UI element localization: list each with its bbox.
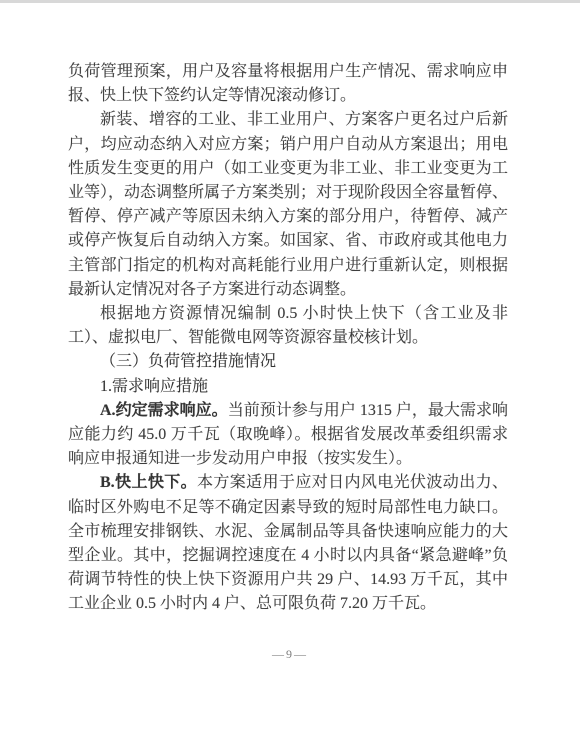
document-page: 负荷管理预案，用户及容量将根据用户生产情况、需求响应申报、快上快下签约认定等情况… bbox=[0, 0, 580, 729]
paragraph-lead-fast-up-fast-down: B.快上快下。 bbox=[100, 474, 197, 491]
paragraph-dynamic-adjustment: 新装、增容的工业、非工业用户、方案客户更名过户后新户，均应动态纳入对应方案；销户… bbox=[68, 108, 508, 302]
page-top-edge-divider bbox=[0, 0, 580, 3]
paragraph-resource-verification-plan: 根据地方资源情况编制 0.5 小时快上快下（含工业及非工）、虚拟电厂、智能微电网… bbox=[68, 302, 508, 350]
paragraph-lead-agreed-demand-response: A.约定需求响应。 bbox=[100, 402, 228, 419]
paragraph-fast-up-fast-down: B.快上快下。本方案适用于应对日内风电光伏波动出力、临时区外购电不足等不确定因素… bbox=[68, 471, 508, 616]
document-body: 负荷管理预案，用户及容量将根据用户生产情况、需求响应申报、快上快下签约认定等情况… bbox=[68, 60, 508, 617]
section-heading-load-control-measures: （三）负荷管控措施情况 bbox=[68, 350, 508, 374]
subsection-heading-demand-response-measures: 1.需求响应措施 bbox=[68, 375, 508, 399]
paragraph-continuation: 负荷管理预案，用户及容量将根据用户生产情况、需求响应申报、快上快下签约认定等情况… bbox=[68, 60, 508, 108]
page-number: —9— bbox=[0, 646, 580, 662]
paragraph-body-fast-up-fast-down: 本方案适用于应对日内风电光伏波动出力、临时区外购电不足等不确定因素导致的短时局部… bbox=[68, 474, 508, 612]
paragraph-agreed-demand-response: A.约定需求响应。当前预计参与用户 1315 户，最大需求响应能力约 45.0 … bbox=[68, 399, 508, 472]
